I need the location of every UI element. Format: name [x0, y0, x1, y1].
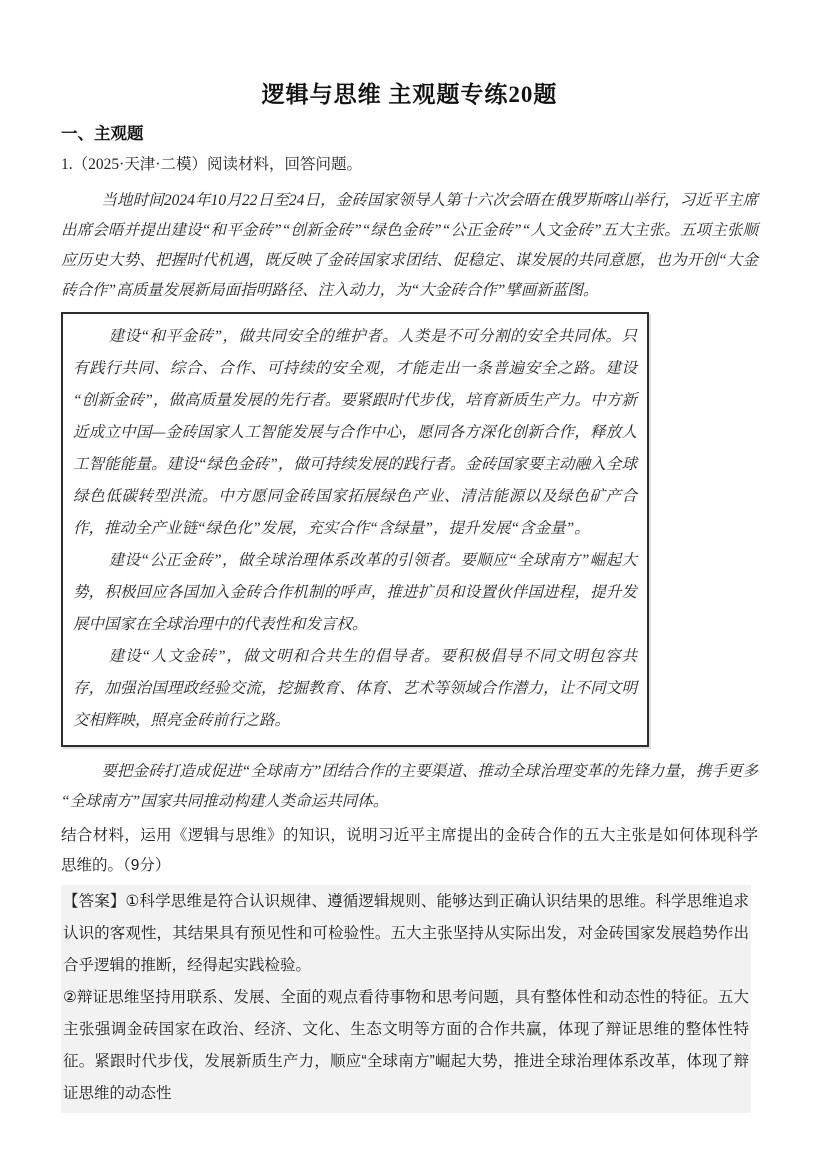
document-title: 逻辑与思维 主观题专练20题: [61, 80, 758, 110]
answer-point-2: ②辩证思维坚持用联系、发展、全面的观点看待事物和思考问题，具有整体性和动态性的特…: [63, 982, 749, 1110]
material-box-paragraph: 建设“和平金砖”，做共同安全的维护者。人类是不可分割的安全共同体。只有践行共同、…: [73, 321, 637, 545]
question-task: 结合材料，运用《逻辑与思维》的知识，说明习近平主席提出的金砖合作的五大主张是如何…: [61, 821, 758, 881]
document-page: 逻辑与思维 主观题专练20题 一、主观题 1.（2025·天津·二模）阅读材料，…: [0, 0, 827, 1169]
material-box-paragraph: 建设“人文金砖”，做文明和合共生的倡导者。要积极倡导不同文明包容共存，加强治国理…: [73, 641, 637, 737]
material-box-paragraph: 建设“公正金砖”，做全球治理体系改革的引领者。要顺应“全球南方”崛起大势，积极回…: [73, 545, 637, 641]
question-intro-paragraph: 当地时间2024年10月22日至24日，金砖国家领导人第十六次会晤在俄罗斯喀山举…: [61, 186, 758, 306]
answer-block: 【答案】①科学思维是符合认识规律、遵循逻辑规则、能够达到正确认识结果的思维。科学…: [61, 885, 751, 1113]
answer-label: 【答案】: [63, 893, 126, 910]
answer-point-1: 【答案】①科学思维是符合认识规律、遵循逻辑规则、能够达到正确认识结果的思维。科学…: [63, 886, 749, 982]
question-closing-paragraph: 要把金砖打造成促进“全球南方”团结合作的主要渠道、推动全球治理变革的先锋力量，携…: [61, 757, 758, 817]
answer-point-1-text: ①科学思维是符合认识规律、遵循逻辑规则、能够达到正确认识结果的思维。科学思维追求…: [63, 893, 749, 974]
material-box: 建设“和平金砖”，做共同安全的维护者。人类是不可分割的安全共同体。只有践行共同、…: [61, 312, 649, 747]
question-number-line: 1.（2025·天津·二模）阅读材料，回答问题。: [61, 154, 758, 176]
section-heading: 一、主观题: [61, 123, 758, 145]
